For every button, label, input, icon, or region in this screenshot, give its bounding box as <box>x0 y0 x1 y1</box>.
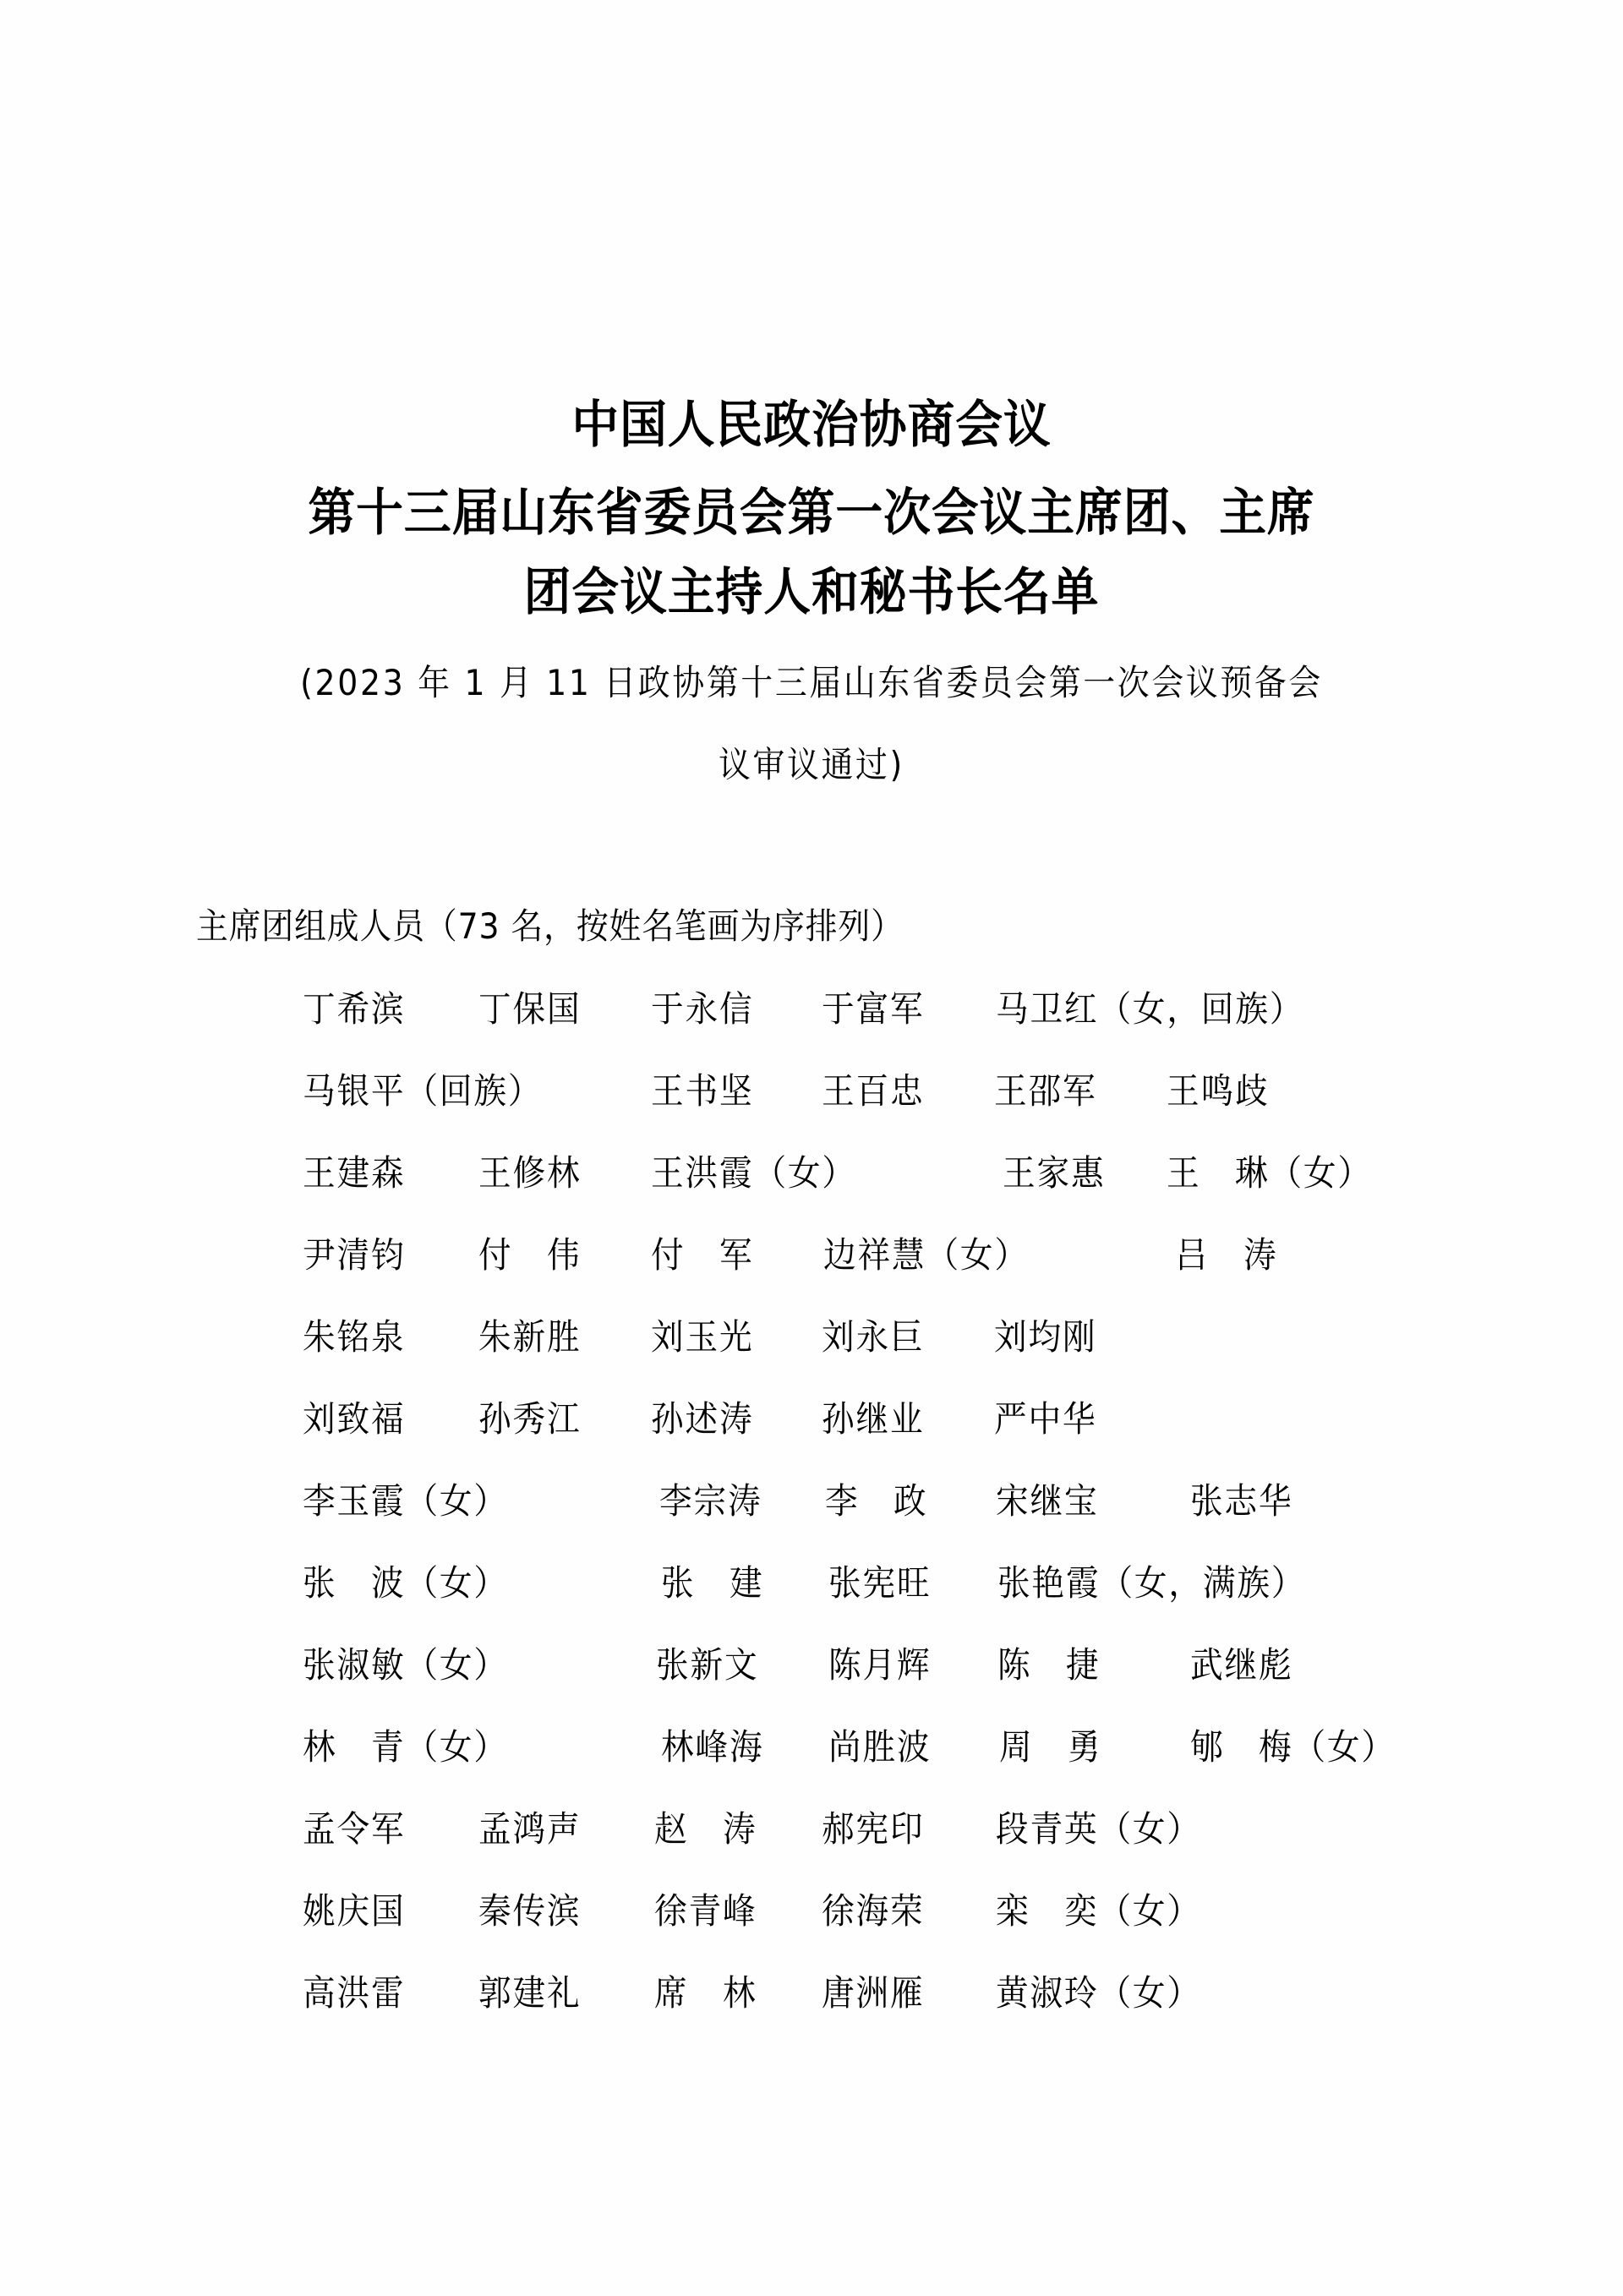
member-name: 丁保国 <box>478 986 581 1033</box>
member-name: 宋继宝 <box>996 1478 1098 1525</box>
subtitle-line-1: (2023 年 1 月 11 日政协第十三届山东省委员会第一次会议预备会 <box>81 659 1542 707</box>
member-name: 付 军 <box>651 1232 753 1279</box>
table-row: 张淑敏（女） 张新文 陈月辉 陈 捷 武继彪 <box>0 1642 1623 1692</box>
member-name: 栾 奕（女） <box>996 1888 1201 1935</box>
title-line-2: 第十三届山东省委员会第一次会议主席团、主席 <box>57 484 1566 543</box>
member-name: 李宗涛 <box>659 1478 762 1525</box>
member-name: 郇 梅（女） <box>1190 1724 1396 1771</box>
member-name: 尚胜波 <box>828 1724 931 1771</box>
table-row: 马银平（回族） 王书坚 王百忠 王邵军 王鸣歧 <box>0 1068 1623 1118</box>
table-row: 高洪雷 郭建礼 席 林 唐洲雁 黄淑玲（女） <box>0 1970 1623 2020</box>
member-name: 张宪旺 <box>828 1560 931 1607</box>
member-name: 马卫红（女，回族） <box>996 986 1303 1033</box>
member-name: 张艳霞（女，满族） <box>997 1560 1305 1607</box>
member-name: 于富军 <box>822 986 924 1033</box>
member-name: 刘永巨 <box>822 1314 924 1361</box>
table-row: 孟令军 孟鸿声 赵 涛 郝宪印 段青英（女） <box>0 1806 1623 1856</box>
member-name: 郝宪印 <box>822 1806 924 1853</box>
member-name: 马银平（回族） <box>303 1068 542 1115</box>
table-row: 刘致福 孙秀江 孙述涛 孙继业 严中华 <box>0 1396 1623 1446</box>
member-name: 李 政 <box>825 1478 927 1525</box>
member-name: 刘均刚 <box>994 1314 1096 1361</box>
member-name: 尹清钧 <box>303 1232 405 1279</box>
member-name: 朱新胜 <box>478 1314 581 1361</box>
member-name: 王书坚 <box>651 1068 753 1115</box>
subtitle-line-2: 议审议通过) <box>81 741 1542 789</box>
member-name: 郭建礼 <box>478 1970 581 2017</box>
member-name: 刘玉光 <box>651 1314 753 1361</box>
document-page: 中国人民政治协商会议 第十三届山东省委员会第一次会议主席团、主席 团会议主持人和… <box>0 0 1623 2296</box>
member-name: 孟令军 <box>303 1806 405 1853</box>
member-name: 朱铭泉 <box>303 1314 405 1361</box>
member-name: 林 青（女） <box>303 1724 508 1771</box>
member-name: 张 波（女） <box>303 1560 508 1607</box>
member-name: 王洪霞（女） <box>651 1150 856 1197</box>
title-line-3: 团会议主持人和秘书长名单 <box>57 563 1566 622</box>
member-name: 王家惠 <box>1003 1150 1105 1197</box>
member-name: 丁希滨 <box>303 986 405 1033</box>
member-name: 于永信 <box>651 986 753 1033</box>
member-name: 黄淑玲（女） <box>996 1970 1201 2017</box>
table-row: 丁希滨 丁保国 于永信 于富军 马卫红（女，回族） <box>0 986 1623 1036</box>
table-row: 林 青（女） 林峰海 尚胜波 周 勇 郇 梅（女） <box>0 1724 1623 1774</box>
member-name: 边祥慧（女） <box>823 1232 1029 1279</box>
table-row: 尹清钧 付 伟 付 军 边祥慧（女） 吕 涛 <box>0 1232 1623 1282</box>
member-name: 林峰海 <box>661 1724 763 1771</box>
member-name: 秦传滨 <box>478 1888 581 1935</box>
member-name: 王 琳（女） <box>1167 1150 1372 1197</box>
table-row: 王建森 王修林 王洪霞（女） 王家惠 王 琳（女） <box>0 1150 1623 1200</box>
member-name: 陈 捷 <box>997 1642 1100 1689</box>
member-name: 段青英（女） <box>996 1806 1201 1853</box>
table-row: 朱铭泉 朱新胜 刘玉光 刘永巨 刘均刚 <box>0 1314 1623 1364</box>
member-name: 孟鸿声 <box>478 1806 581 1853</box>
table-row: 张 波（女） 张 建 张宪旺 张艳霞（女，满族） <box>0 1560 1623 1610</box>
member-name: 席 林 <box>654 1970 757 2017</box>
member-name: 王百忠 <box>822 1068 924 1115</box>
member-name: 王邵军 <box>994 1068 1096 1115</box>
member-name: 张 建 <box>661 1560 763 1607</box>
section-heading: 主席团组成人员（73 名，按姓名笔画为序排列） <box>196 903 904 950</box>
member-name: 张志华 <box>1190 1478 1292 1525</box>
title-line-1: 中国人民政治协商会议 <box>57 396 1566 455</box>
member-name: 王建森 <box>303 1150 405 1197</box>
member-name: 张新文 <box>656 1642 758 1689</box>
member-name: 张淑敏（女） <box>303 1642 508 1689</box>
member-name: 陈月辉 <box>828 1642 931 1689</box>
member-name: 王鸣歧 <box>1167 1068 1269 1115</box>
table-row: 李玉霞（女） 李宗涛 李 政 宋继宝 张志华 <box>0 1478 1623 1528</box>
member-name: 王修林 <box>478 1150 581 1197</box>
member-name: 赵 涛 <box>654 1806 757 1853</box>
table-row: 姚庆国 秦传滨 徐青峰 徐海荣 栾 奕（女） <box>0 1888 1623 1938</box>
member-name: 孙继业 <box>822 1396 924 1443</box>
member-name: 徐海荣 <box>822 1888 924 1935</box>
member-name: 严中华 <box>994 1396 1096 1443</box>
member-name: 孙述涛 <box>651 1396 753 1443</box>
member-name: 李玉霞（女） <box>303 1478 508 1525</box>
member-name: 孙秀江 <box>478 1396 581 1443</box>
member-name: 高洪雷 <box>303 1970 405 2017</box>
member-name: 付 伟 <box>478 1232 581 1279</box>
member-name: 姚庆国 <box>303 1888 405 1935</box>
member-name: 吕 涛 <box>1175 1232 1277 1279</box>
member-name: 周 勇 <box>999 1724 1101 1771</box>
member-name: 刘致福 <box>303 1396 405 1443</box>
member-name: 徐青峰 <box>654 1888 757 1935</box>
member-name: 武继彪 <box>1190 1642 1292 1689</box>
member-name: 唐洲雁 <box>822 1970 924 2017</box>
